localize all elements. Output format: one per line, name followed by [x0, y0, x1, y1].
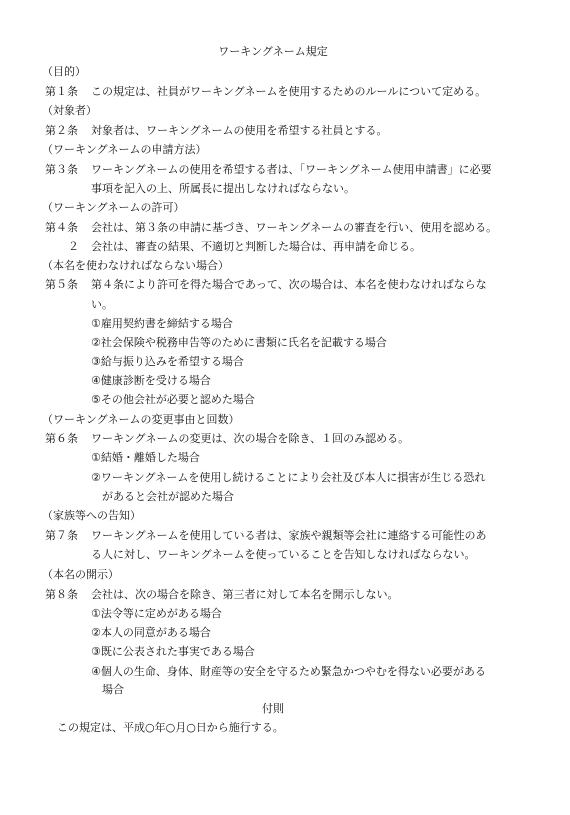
article-1-text: この規定は、社員がワーキングネームを使用するためのルールについて定める。 — [91, 83, 486, 101]
article-7-number: 第７条 — [45, 527, 78, 545]
document-title: ワーキングネーム規定 — [0, 43, 546, 61]
article-4-heading: （ワーキングネームの許可） — [42, 199, 185, 217]
article-6-item-1: ①結婚・離婚した場合 — [91, 449, 200, 467]
article-5-item-1: ①雇用契約書を締結する場合 — [91, 315, 233, 333]
supplementary-text: この規定は、平成○年○月○日から施行する。 — [57, 719, 284, 737]
article-3-number: 第３条 — [45, 161, 78, 179]
article-1-heading: （目的） — [42, 63, 86, 81]
article-5-text-line-1: 第４条により許可を得た場合であって、次の場合は、本名を使わなければならな — [91, 276, 487, 294]
article-1-number: 第１条 — [45, 83, 78, 101]
article-5-text-line-2: い。 — [91, 296, 113, 314]
article-5-heading: （本名を使わなければならない場合） — [42, 257, 229, 275]
article-5-item-5: ⑤その他会社が必要と認めた場合 — [91, 391, 255, 409]
article-7-text-line-1: ワーキングネームを使用している者は、家族や親類等会社に連絡する可能性のあ — [91, 527, 487, 545]
supplementary-heading: 付則 — [0, 700, 546, 718]
article-8-item-4-continuation: 場合 — [102, 681, 124, 699]
article-4-text: 会社は、第３条の申請に基づき、ワーキングネームの審査を行い、使用を認める。 — [91, 219, 497, 237]
article-7-heading: （家族等への告知） — [42, 507, 141, 525]
article-6-heading: （ワーキングネームの変更事由と回数） — [42, 411, 240, 429]
article-8-item-3: ③既に公表された事実である場合 — [91, 643, 255, 661]
article-8-item-1: ①法令等に定めがある場合 — [91, 605, 222, 623]
article-4-number: 第４条 — [45, 219, 78, 237]
article-8-text: 会社は、次の場合を除き、第三者に対して本名を開示しない。 — [91, 586, 399, 604]
article-8-item-4: ④個人の生命、身体、財産等の安全を守るため緊急かつやむを得ない必要がある — [91, 663, 486, 681]
article-5-number: 第５条 — [45, 276, 78, 294]
article-3-text-line-1: ワーキングネームの使用を希望する者は、「ワーキングネーム使用申請書」に必要 — [91, 161, 492, 179]
article-6-text: ワーキングネームの変更は、次の場合を除き、１回のみ認める。 — [91, 430, 409, 448]
article-2-number: 第２条 — [45, 122, 78, 140]
article-6-item-2-continuation: があると会社が認めた場合 — [102, 488, 234, 506]
article-6-number: 第６条 — [45, 430, 78, 448]
article-4-paragraph-2-number: ２ — [68, 238, 79, 256]
article-5-item-2: ②社会保険や税務申告等のために書類に氏名を記載する場合 — [91, 334, 387, 352]
article-5-item-4: ④健康診断を受ける場合 — [91, 372, 211, 390]
article-3-text-line-2: 事項を記入の上、所属長に提出しなければならない。 — [91, 180, 355, 198]
article-2-heading: （対象者） — [42, 102, 97, 120]
document-page: ワーキングネーム規定 （目的） 第１条 この規定は、社員がワーキングネームを使用… — [0, 0, 570, 815]
article-2-text: 対象者は、ワーキングネームの使用を希望する社員とする。 — [91, 122, 388, 140]
article-3-heading: （ワーキングネームの申請方法） — [42, 141, 207, 159]
article-5-item-3: ③給与振り込みを希望する場合 — [91, 353, 244, 371]
article-7-text-line-2: る人に対し、ワーキングネームを使っていることを告知しなければならない。 — [91, 546, 476, 564]
article-8-heading: （本名の開示） — [42, 566, 119, 584]
article-4-paragraph-2-text: 会社は、審査の結果、不適切と判断した場合は、再申請を命じる。 — [91, 238, 421, 256]
article-6-item-2: ②ワーキングネームを使用し続けることにより会社及び本人に損害が生じる恐れ — [91, 469, 485, 487]
article-8-number: 第８条 — [45, 586, 78, 604]
article-8-item-2: ②本人の同意がある場合 — [91, 624, 211, 642]
